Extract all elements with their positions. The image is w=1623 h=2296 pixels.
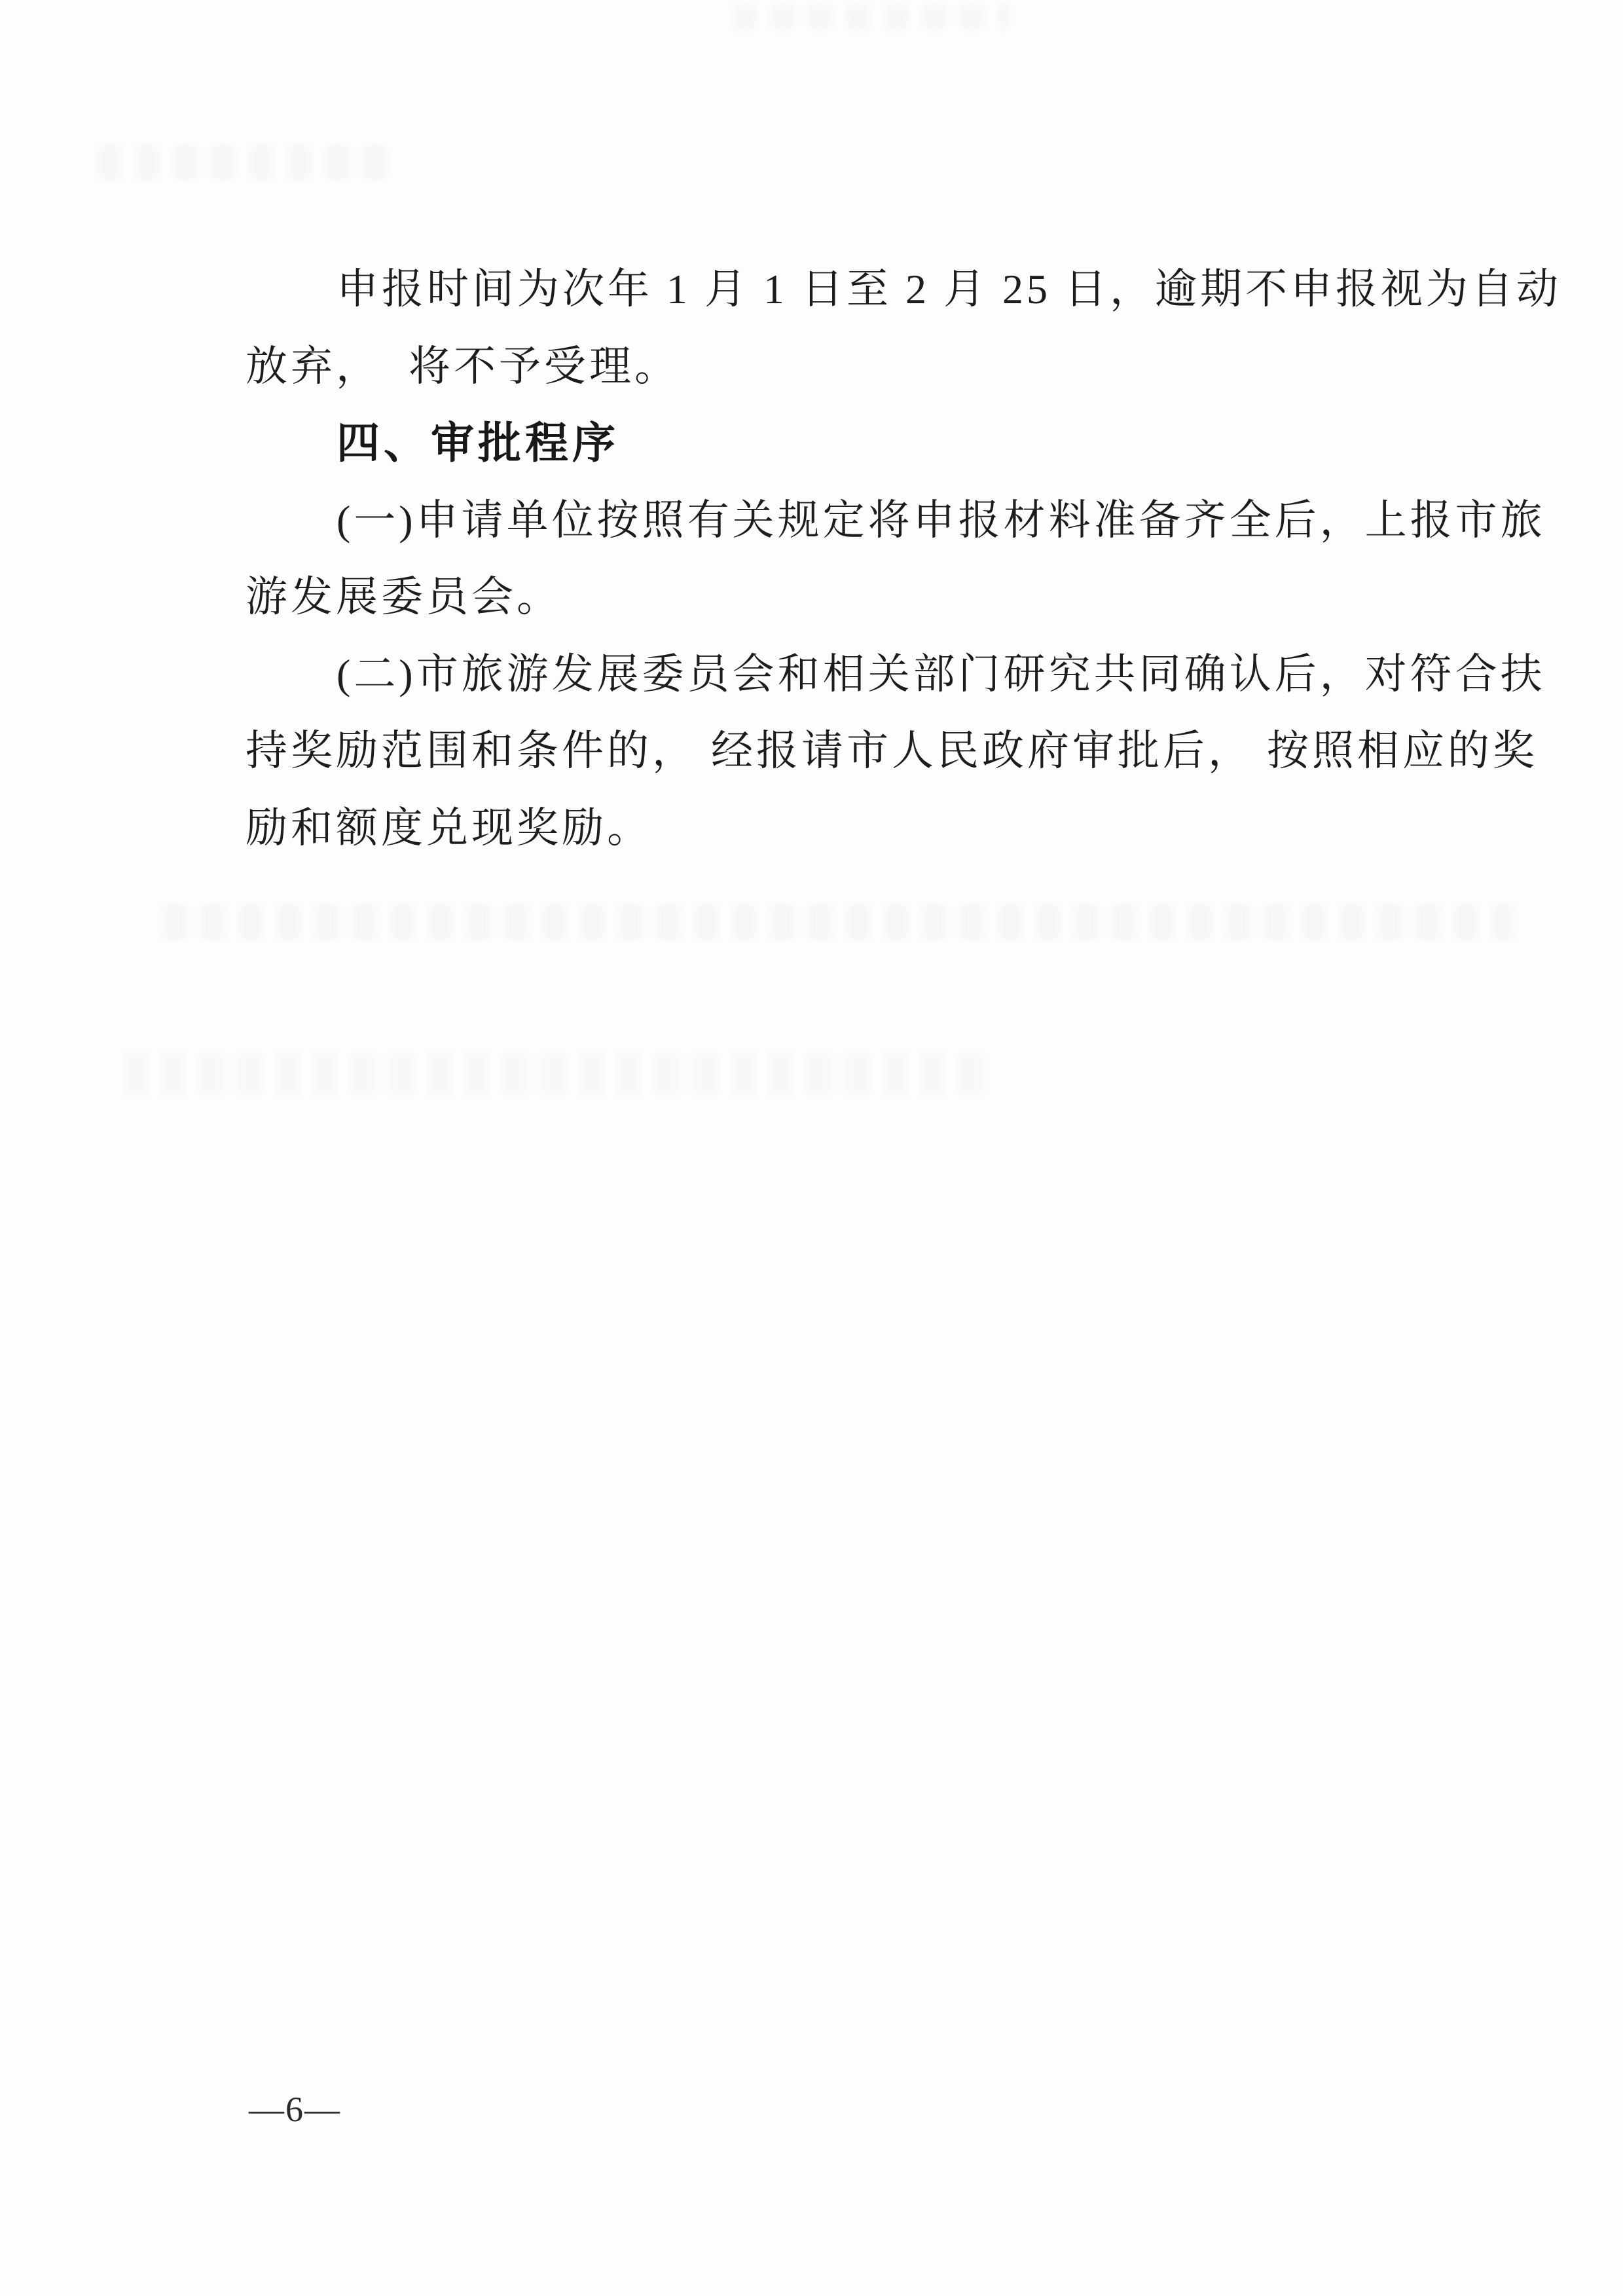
scan-artifact xyxy=(164,905,1512,939)
paragraph-intro: 申报时间为次年 1 月 1 日至 2 月 25 日，逾期不申报视为自动放弃， 将… xyxy=(246,251,1519,405)
text-line: 励和额度兑现奖励。 xyxy=(246,790,1519,867)
paragraph-item-1: (一)申请单位按照有关规定将申报材料准备齐全后，上报市旅游发展委员会。 xyxy=(246,482,1519,636)
text-line: (二)市旅游发展委员会和相关部门研究共同确认后，对符合扶 xyxy=(246,636,1519,713)
text-line: 放弃， 将不予受理。 xyxy=(246,328,1519,405)
document-body: 申报时间为次年 1 月 1 日至 2 月 25 日，逾期不申报视为自动放弃， 将… xyxy=(246,251,1519,866)
heading-section-4: 四、审批程序 xyxy=(246,405,1519,482)
text-line: 游发展委员会。 xyxy=(246,559,1519,636)
scan-artifact xyxy=(733,5,1008,29)
scan-artifact xyxy=(124,1051,989,1097)
document-page: 申报时间为次年 1 月 1 日至 2 月 25 日，逾期不申报视为自动放弃， 将… xyxy=(0,0,1623,2296)
text-line: (一)申请单位按照有关规定将申报材料准备齐全后，上报市旅 xyxy=(246,482,1519,559)
page-number: —6— xyxy=(249,2089,341,2130)
text-line: 持奖励范围和条件的， 经报请市人民政府审批后， 按照相应的奖 xyxy=(246,713,1519,790)
scan-artifact xyxy=(98,145,399,179)
text-line: 申报时间为次年 1 月 1 日至 2 月 25 日，逾期不申报视为自动 xyxy=(246,251,1519,328)
paragraph-item-2: (二)市旅游发展委员会和相关部门研究共同确认后，对符合扶持奖励范围和条件的， 经… xyxy=(246,636,1519,867)
